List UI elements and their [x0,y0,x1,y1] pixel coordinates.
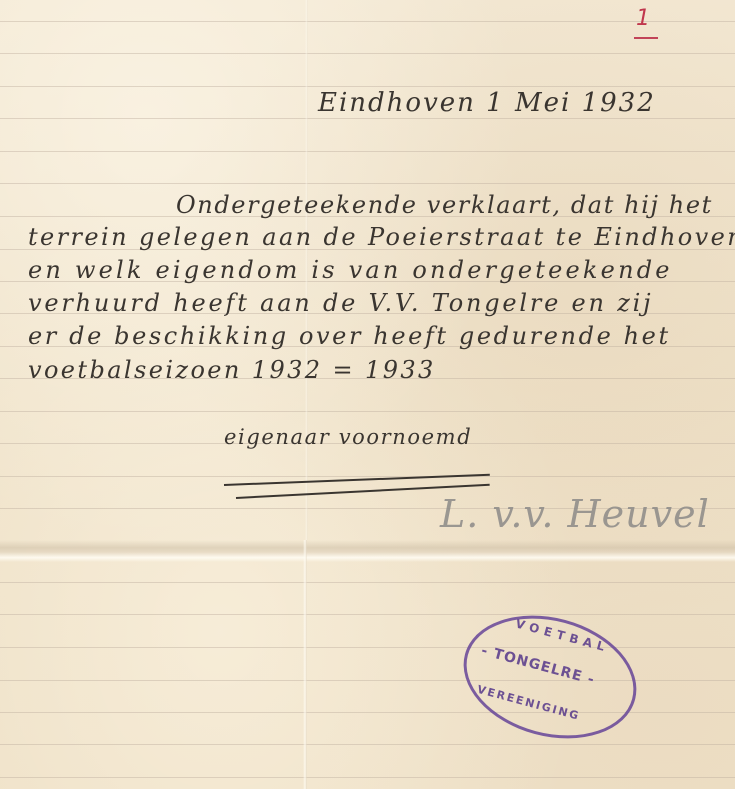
scanned-letter: 1 Eindhoven 1 Mei 1932 Ondergeteekende v… [0,0,735,789]
place-date: Eindhoven 1 Mei 1932 [318,88,656,118]
ruled-line [0,476,735,477]
paper-fold-vertical [303,540,307,789]
signature: L. v.v. Heuvel [440,492,710,536]
ruled-line [0,744,735,745]
page-number-underline [634,37,658,39]
body-line-5: er de beschikking over heeft gedurende h… [28,322,671,350]
ruled-line [0,86,735,87]
ruled-line [0,411,735,412]
ruled-line [0,118,735,119]
page-number: 1 [636,6,650,31]
stamp-middle-text: - TONGELRE - [479,643,596,689]
body-line-3: en welk eigendom is van ondergeteekende [28,256,673,284]
ruled-line [0,614,735,615]
body-line-1: Ondergeteekende verklaart, dat hij het [176,191,713,219]
ruled-line [0,647,735,648]
body-line-2: terrein gelegen aan de Poeierstraat te E… [28,223,735,251]
ruled-line [0,183,735,184]
closing-text: eigenaar voornoemd [224,425,472,449]
stamp-bottom-text: VEREENIGING [476,683,582,723]
ruled-line [0,53,735,54]
stamp-top-text: VOETBAL [514,617,611,656]
ruled-line [0,151,735,152]
paper-fold-horizontal [0,540,735,562]
body-line-4: verhuurd heeft aan de V.V. Tongelre en z… [28,289,653,317]
club-stamp: VOETBAL - TONGELRE - VEREENIGING [450,597,651,757]
ruled-line [0,21,735,22]
ruled-line [0,777,735,778]
body-line-6: voetbalseizoen 1932 = 1933 [28,356,436,384]
ruled-line [0,582,735,583]
